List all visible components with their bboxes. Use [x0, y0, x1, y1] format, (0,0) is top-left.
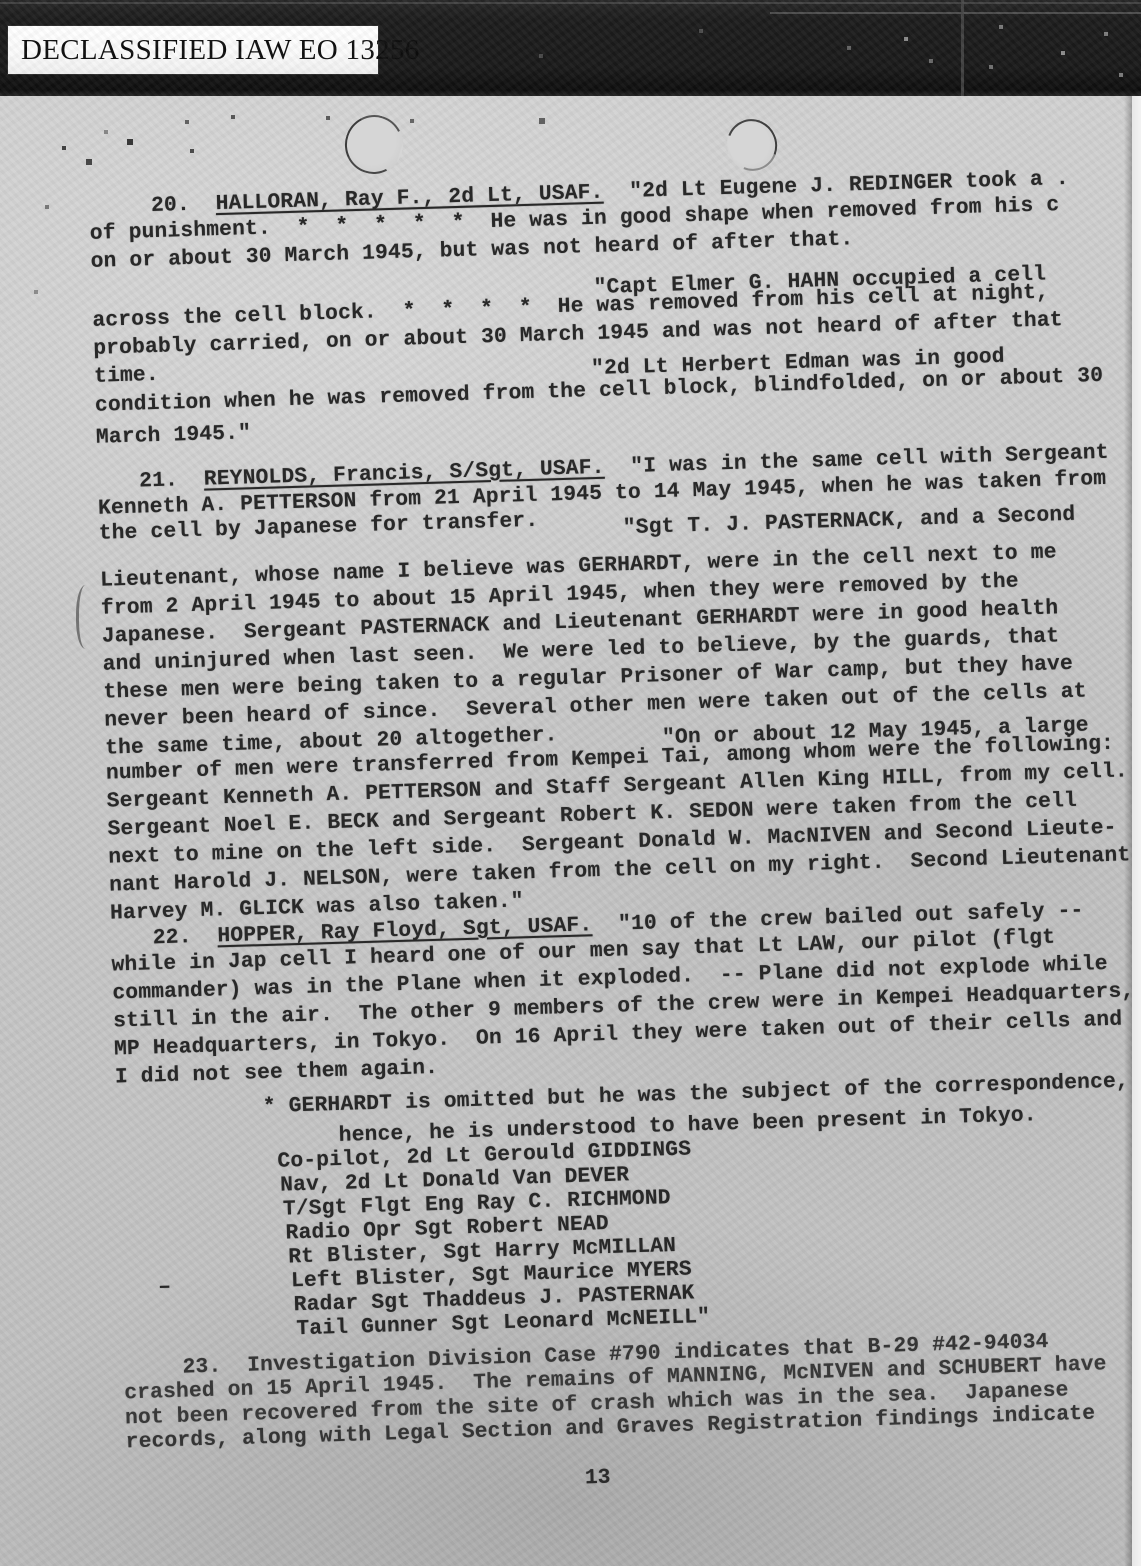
typed-line: March 1945."	[96, 420, 252, 451]
margin-pencil-mark	[76, 585, 95, 649]
band-top-line	[0, 2, 1141, 4]
page-number: 13	[585, 1466, 611, 1491]
document-page: DECLASSIFIED IAW EO 13256 20. HALLORAN, …	[0, 0, 1141, 1566]
typed-text: 20. HALLORAN, Ray F., 2d Lt, USAF. "2d L…	[85, 140, 1135, 1529]
band-seam	[961, 0, 964, 96]
declassified-stamp: DECLASSIFIED IAW EO 13256	[8, 26, 378, 74]
typed-line: time.	[94, 362, 159, 390]
typed-line: –	[158, 1274, 172, 1300]
typed-line: "Sgt T. J. PASTERNACK, and a Second	[622, 502, 1075, 541]
band-mid-line	[770, 12, 1141, 14]
paper-specks	[0, 0, 2, 2]
scanner-backing-strip	[1132, 96, 1141, 1566]
declassified-stamp-text: DECLASSIFIED IAW EO 13256	[8, 26, 378, 74]
paper-edge-shadow	[1124, 96, 1132, 1566]
